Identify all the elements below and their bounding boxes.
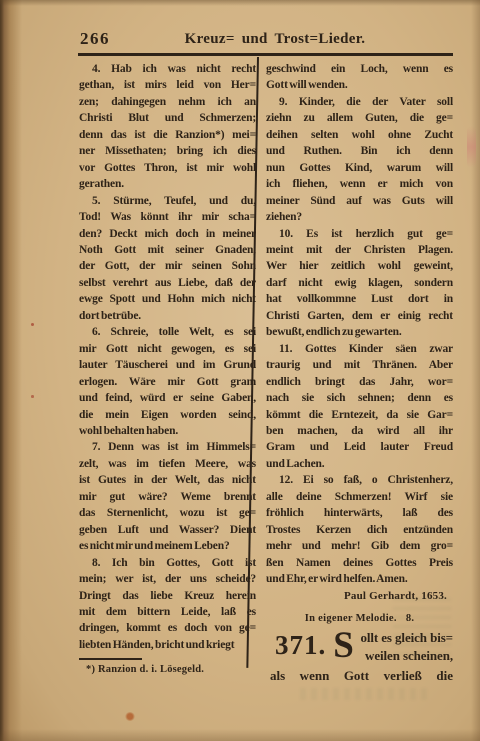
verse-line: Gram und Leid lauter Freud [266, 439, 453, 455]
verse-line: kömmt die Erntezeit, da sie Gar= [266, 407, 453, 423]
binding-shadow [0, 0, 22, 741]
verse-line: liebten Händen, bricht und kriegt [79, 637, 256, 653]
verse-line: gethan, ist mirs leid von Her= [79, 77, 256, 93]
verse-line: ben machen, da wird all ihr [266, 423, 453, 439]
verse-line: und Ehr, er wird helfen. Amen. [266, 571, 453, 587]
hymn-line: als wenn Gott verließ die [266, 667, 453, 685]
verse-line: nach sie sich sehnen; denn es [266, 390, 453, 406]
ink-bleed-through [300, 688, 430, 700]
verse-line: erlogen. Wäre mir Gott gram [79, 374, 256, 390]
verse-line: deihen selten wohl ohne Zucht [266, 127, 453, 143]
verse-line: traurig und mit Thränen. Aber [266, 357, 453, 373]
verse-line: Wer hier zeitlich wohl geweint, [266, 258, 453, 274]
verse-line: dort betrübe. [79, 308, 256, 324]
verse-line: mir Gott nicht gewogen, es sei [79, 341, 256, 357]
verse-line: die mein Eigen worden seind, [79, 407, 256, 423]
verse-line: endlich bringt das Jahr, wor= [266, 374, 453, 390]
verse-line: wohl behalten haben. [79, 423, 256, 439]
verse-line: 8. Ich bin Gottes, Gott ist [79, 555, 256, 571]
verse-line: gerathen. [79, 176, 256, 192]
verse-line: meiner Sünd auf was Guts will [266, 193, 453, 209]
verse-line: 11. Gottes Kinder säen zwar [266, 341, 453, 357]
scanned-hymnal-page: { "colors": { "paper": "#d2b384", "paper… [0, 0, 480, 741]
ink-bleed-through [393, 598, 451, 660]
page-number: 266 [80, 29, 110, 49]
verse-line: lauter Täuscherei und im Grund [79, 357, 256, 373]
verse-line: 12. Ei so faß, o Christenherz, [266, 472, 453, 488]
hymn-number: 371. [275, 629, 333, 661]
paper-speck [31, 395, 34, 398]
verse-line: Gott will wenden. [266, 77, 453, 93]
verse-line: bewußt, endlich zu gewarten. [266, 324, 453, 340]
verse-line: mit dem bittern Leide, laß es [79, 604, 256, 620]
verse-line: zen; dahingegen nehm ich an [79, 94, 256, 110]
verse-line: meint mit der Christen Plagen. [266, 242, 453, 258]
verse-line: Noth Gott mit seiner Gnaden, [79, 242, 256, 258]
verse-line: selbst verehrt aus Liebe, daß der [79, 275, 256, 291]
header-rule [78, 53, 453, 56]
verse-line: dringen, kommt es doch von ge= [79, 620, 256, 636]
verse-line: ziehn zu allem Guten, die ge= [266, 110, 453, 126]
page-edge-top [0, 0, 480, 6]
verse-line: das Sternenlicht, wozu ist ge= [79, 505, 256, 521]
footnote-rule [79, 658, 142, 660]
verse-line: nun Gottes Kind, warum will [266, 160, 453, 176]
page-edge-right [471, 0, 480, 741]
verse-line: ist Gutes in der Welt, das nicht [79, 472, 256, 488]
verse-line: Dringt das liebe Kreuz herein [79, 588, 256, 604]
page-title: Kreuz= und Trost=Lieder. [110, 31, 440, 48]
verse-line: ner Missethaten; bring ich dies [79, 143, 256, 159]
verse-line: den? Deckt mich doch in meiner [79, 226, 256, 242]
verse-line: mehr und mehr! Gib dem gro= [266, 538, 453, 554]
verse-line: 7. Denn was ist im Himmels= [79, 439, 256, 455]
verse-line: und Ruthen. Bin ich denn [266, 143, 453, 159]
verse-line: geben Luft und Wasser? Dient [79, 522, 256, 538]
verse-line: 6. Schreie, tolle Welt, es sei [79, 324, 256, 340]
page-edge-bottom [0, 729, 480, 741]
right-column-verses: geschwind ein Loch, wenn esGott will wen… [266, 61, 453, 588]
verse-line: mein; wer ist, der uns scheide? [79, 571, 256, 587]
verse-line: Christi Blut und Schmerzen; [79, 110, 256, 126]
melody-note-text: In eigener Melodie. [305, 613, 397, 624]
footnote-text: *) Ranzion d. i. Lösegeld. [86, 664, 204, 675]
verse-line: ßen Namen deines Gottes Preis [266, 555, 453, 571]
verse-line: 5. Stürme, Teufel, und du, [79, 193, 256, 209]
verse-line: zelt, was im tiefen Meere, was [79, 456, 256, 472]
binding-edge-line [0, 0, 4, 741]
verse-line: ziehen? [266, 209, 453, 225]
verse-line: 4. Hab ich was nicht recht [79, 61, 256, 77]
verse-line: ewge Spott und Hohn mich nicht [79, 291, 256, 307]
verse-line: hat vollkommne Lust dort in [266, 291, 453, 307]
verse-line: 9. Kinder, die der Vater soll [266, 94, 453, 110]
left-text-column: 4. Hab ich was nicht rechtgethan, ist mi… [79, 61, 256, 653]
paper-stain [467, 126, 476, 168]
verse-line: mir gut wäre? Weme brennt [79, 489, 256, 505]
verse-line: und feind, würd er seine Gaben, [79, 390, 256, 406]
hymn-drop-cap: S [333, 629, 357, 663]
verse-line: darf nicht ewig klagen, sondern [266, 275, 453, 291]
paper-speck [31, 323, 34, 326]
verse-line: fröhlich hinterwärts, laß des [266, 505, 453, 521]
verse-line: alle deine Schmerzen! Wirf sie [266, 489, 453, 505]
verse-line: und Lachen. [266, 456, 453, 472]
paper-stain [125, 712, 135, 721]
verse-line: denn das ist die Ranzion*) mei= [79, 127, 256, 143]
verse-line: ich fliehen, wenn er mich von [266, 176, 453, 192]
verse-line: Christi Garten, dem er einig recht [266, 308, 453, 324]
verse-line: Trostes Kerzen dich entzünden [266, 522, 453, 538]
verse-line: vor Gottes Thron, ist mir wohl [79, 160, 256, 176]
verse-line: geschwind ein Loch, wenn es [266, 61, 453, 77]
verse-line: 10. Es ist herzlich gut ge= [266, 226, 453, 242]
verse-line: Tod! Was könnt ihr mir scha= [79, 209, 256, 225]
verse-line: der Gott, der mir seinen Sohn [79, 258, 256, 274]
verse-line: es nicht mir und meinem Leben? [79, 538, 256, 554]
right-text-column: geschwind ein Loch, wenn esGott will wen… [266, 61, 453, 685]
